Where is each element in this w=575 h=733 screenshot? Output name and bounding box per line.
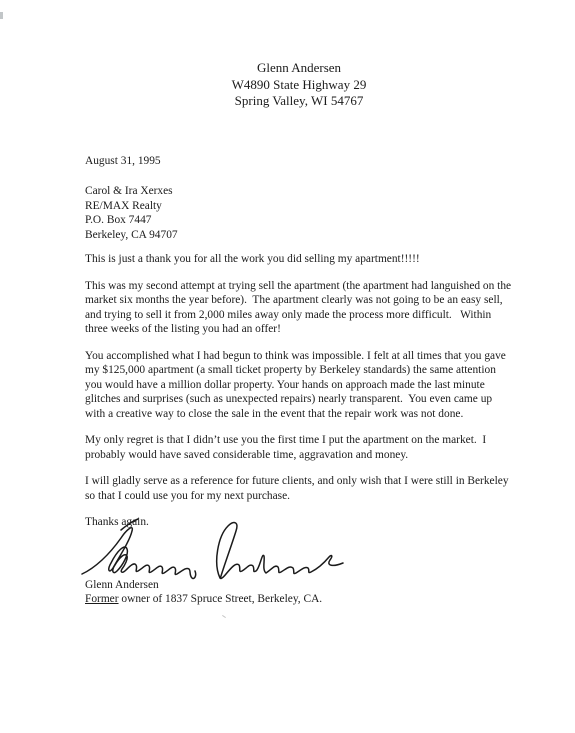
recipient-address: Carol & Ira Xerxes RE/MAX Realty P.O. Bo… xyxy=(85,184,513,242)
recipient-name: Carol & Ira Xerxes xyxy=(85,184,513,199)
letter-content: Glenn Andersen W4890 State Highway 29 Sp… xyxy=(85,0,513,607)
letter-date: August 31, 1995 xyxy=(85,154,513,169)
signature-area xyxy=(85,530,513,578)
recipient-city: Berkeley, CA 94707 xyxy=(85,228,513,243)
signer-description: Former owner of 1837 Spruce Street, Berk… xyxy=(85,592,513,607)
letter-page: Glenn Andersen W4890 State Highway 29 Sp… xyxy=(0,0,575,733)
scan-artifact xyxy=(222,615,226,618)
letter-body: This is just a thank you for all the wor… xyxy=(85,252,513,503)
signer-description-underlined: Former xyxy=(85,593,119,605)
scan-artifact xyxy=(0,12,3,19)
recipient-company: RE/MAX Realty xyxy=(85,199,513,214)
body-paragraph-5: I will gladly serve as a reference for f… xyxy=(85,474,513,503)
body-paragraph-4: My only regret is that I didn’t use you … xyxy=(85,433,513,462)
handwritten-signature xyxy=(79,518,355,580)
recipient-po-box: P.O. Box 7447 xyxy=(85,213,513,228)
letterhead: Glenn Andersen W4890 State Highway 29 Sp… xyxy=(85,60,513,110)
signer-description-rest: owner of 1837 Spruce Street, Berkeley, C… xyxy=(119,593,323,605)
letterhead-address-line2: Spring Valley, WI 54767 xyxy=(85,93,513,110)
body-paragraph-2: This was my second attempt at trying sel… xyxy=(85,279,513,337)
signer-name: Glenn Andersen xyxy=(85,578,513,593)
body-paragraph-3: You accomplished what I had begun to thi… xyxy=(85,349,513,422)
body-paragraph-1: This is just a thank you for all the wor… xyxy=(85,252,513,267)
letterhead-address-line1: W4890 State Highway 29 xyxy=(85,77,513,94)
letterhead-name: Glenn Andersen xyxy=(85,60,513,77)
